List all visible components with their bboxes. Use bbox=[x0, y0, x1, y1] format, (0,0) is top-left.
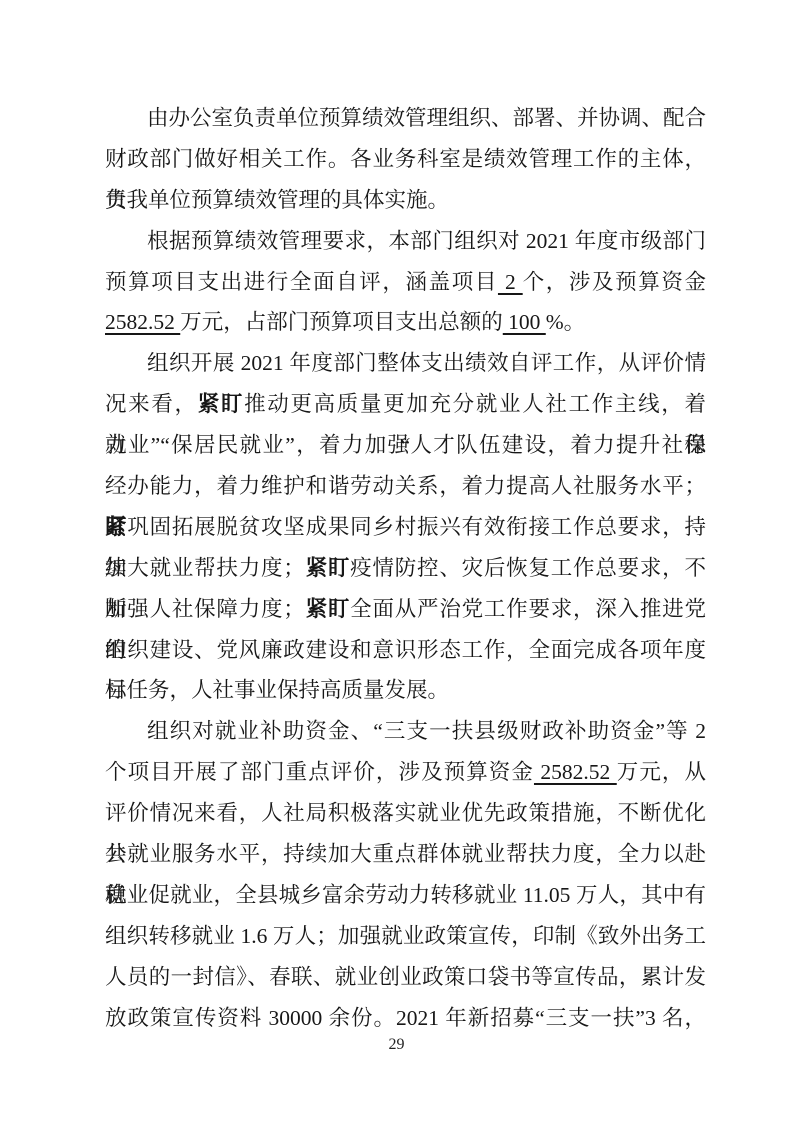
text-line: 责我单位预算绩效管理的具体实施。 bbox=[105, 180, 706, 221]
text-line: 就业促就业，全县城乡富余劳动力转移就业 11.05 万人，其中有 bbox=[105, 875, 706, 916]
text-run: 个，涉及预算资金 bbox=[523, 270, 706, 294]
emphasis-keyword: 紧盯 bbox=[305, 597, 350, 621]
document-page: 由办公室负责单位预算绩效管理组织、部署、并协调、配合财政部门做好相关工作。各业务… bbox=[0, 0, 793, 1122]
text-run: 就业促就业，全县城乡富余劳动力转移就业 11.05 万人，其中有 bbox=[105, 883, 706, 907]
underlined-value: 2 bbox=[498, 270, 523, 294]
text-run: 预算项目支出进行全面自评，涵盖项目 bbox=[105, 270, 498, 294]
underlined-value: 100 bbox=[503, 310, 546, 334]
page-number: 29 bbox=[0, 1037, 793, 1053]
emphasis-keyword: 紧盯 bbox=[305, 556, 350, 580]
text-line: 人员的一封信》、春联、就业创业政策口袋书等宣传品，累计发 bbox=[105, 957, 706, 998]
text-line: 组织建设、党风廉政建设和意识形态工作，全面完成各项年度目 bbox=[105, 630, 706, 671]
text-line: 个项目开展了部门重点评价，涉及预算资金 2582.52 万元，从 bbox=[105, 752, 706, 793]
text-line: 由办公室负责单位预算绩效管理组织、部署、并协调、配合 bbox=[105, 98, 706, 139]
text-run: 由办公室负责单位预算绩效管理组织、部署、并协调、配合 bbox=[147, 106, 706, 130]
text-run: 责我单位预算绩效管理的具体实施。 bbox=[105, 188, 449, 212]
underlined-value: 2582.52 bbox=[105, 310, 180, 334]
text-run: 况来看， bbox=[105, 392, 198, 416]
document-body: 由办公室负责单位预算绩效管理组织、部署、并协调、配合财政部门做好相关工作。各业务… bbox=[105, 98, 706, 1038]
text-run: 就业”“保居民就业”，着力加强人才队伍建设，着力提升社保 bbox=[105, 433, 706, 457]
text-line: 加强人社保障力度；紧盯全面从严治党工作要求，深入推进党的 bbox=[105, 589, 706, 630]
text-line: 评价情况来看，人社局积极落实就业优先政策措施，不断优化公 bbox=[105, 793, 706, 834]
text-run: 组织开展 2021 年度部门整体支出绩效自评工作，从评价情 bbox=[147, 351, 706, 375]
text-line: 组织开展 2021 年度部门整体支出绩效自评工作，从评价情 bbox=[105, 343, 706, 384]
underlined-value: 2582.52 bbox=[534, 760, 617, 784]
text-run: 组织转移就业 1.6 万人；加强就业政策宣传，印制《致外出务工 bbox=[105, 924, 706, 948]
text-line: 盯巩固拓展脱贫攻坚成果同乡村振兴有效衔接工作总要求，持续 bbox=[105, 507, 706, 548]
text-run: 万元，从 bbox=[617, 760, 706, 784]
text-run: %。 bbox=[546, 310, 585, 334]
text-run: 经办能力，着力维护和谐劳动关系，着力提高人社服务水平； bbox=[105, 474, 706, 498]
text-run: 根据预算绩效管理要求，本部门组织对 2021 年度市级部门 bbox=[147, 229, 706, 253]
emphasis-keyword: 盯 bbox=[105, 515, 127, 539]
text-line: 放政策宣传资料 30000 余份。2021 年新招募“三支一扶”3 名， bbox=[105, 998, 706, 1039]
text-line: 就业”“保居民就业”，着力加强人才队伍建设，着力提升社保 bbox=[105, 425, 706, 466]
text-line: 2582.52 万元，占部门预算项目支出总额的 100 %。 bbox=[105, 302, 706, 343]
text-line: 组织转移就业 1.6 万人；加强就业政策宣传，印制《致外出务工 bbox=[105, 916, 706, 957]
text-line: 根据预算绩效管理要求，本部门组织对 2021 年度市级部门 bbox=[105, 221, 706, 262]
text-line: 标任务，人社事业保持高质量发展。 bbox=[105, 670, 706, 711]
text-run: 人员的一封信》、春联、就业创业政策口袋书等宣传品，累计发 bbox=[105, 965, 706, 989]
text-run: 加强人社保障力度； bbox=[105, 597, 305, 621]
text-run: 标任务，人社事业保持高质量发展。 bbox=[105, 678, 449, 702]
text-run: 万元，占部门预算项目支出总额的 bbox=[180, 310, 503, 334]
text-run: 加大就业帮扶力度； bbox=[105, 556, 305, 580]
text-line: 预算项目支出进行全面自评，涵盖项目 2 个，涉及预算资金 bbox=[105, 262, 706, 303]
text-line: 财政部门做好相关工作。各业务科室是绩效管理工作的主体，负 bbox=[105, 139, 706, 180]
text-run: 放政策宣传资料 30000 余份。2021 年新招募“三支一扶”3 名， bbox=[105, 1006, 706, 1030]
text-run: 组织对就业补助资金、“三支一扶县级财政补助资金”等 2 bbox=[147, 719, 706, 743]
text-run: 个项目开展了部门重点评价，涉及预算资金 bbox=[105, 760, 534, 784]
text-line: 组织对就业补助资金、“三支一扶县级财政补助资金”等 2 bbox=[105, 711, 706, 752]
text-line: 经办能力，着力维护和谐劳动关系，着力提高人社服务水平；紧 bbox=[105, 466, 706, 507]
text-line: 加大就业帮扶力度；紧盯疫情防控、灾后恢复工作总要求，不断 bbox=[105, 548, 706, 589]
text-line: 况来看，紧盯推动更高质量更加充分就业人社工作主线，着力“稳 bbox=[105, 384, 706, 425]
emphasis-keyword: 紧盯 bbox=[198, 392, 244, 416]
text-line: 共就业服务水平，持续加大重点群体就业帮扶力度，全力以赴稳 bbox=[105, 834, 706, 875]
